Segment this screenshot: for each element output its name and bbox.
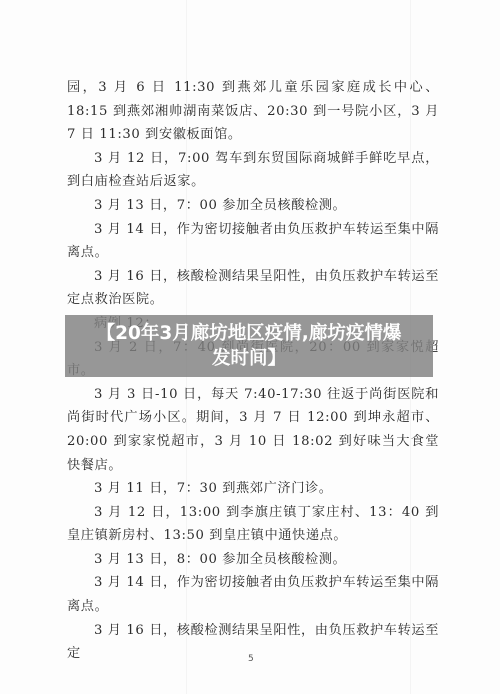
paragraph: 3 月 16 日，核酸检测结果呈阳性，由负压救护车转运至定点救治医院。 [67, 265, 439, 312]
paragraph: 3 月 14 日，作为密切接触者由负压救护车转运至集中隔离点。 [67, 571, 439, 618]
paragraph: 3 月 11 日，7：30 到燕郊广济门诊。 [67, 477, 439, 501]
title-overlay-banner: 【20年3月廊坊地区疫情,廊坊疫情爆发时间】 [65, 315, 433, 377]
page-number: 5 [248, 654, 254, 664]
overlay-title: 【20年3月廊坊地区疫情,廊坊疫情爆发时间】 [89, 321, 409, 371]
paragraph: 3 月 12 日，7:00 驾车到东贸国际商城鲜手鲜吃早点，到白庙检查站后返家。 [67, 147, 439, 194]
document-page: 园，3 月 6 日 11:30 到燕郊儿童乐园家庭成长中心、18:15 到燕郊湘… [0, 0, 500, 694]
paragraph: 3 月 13 日，8：00 参加全员核酸检测。 [67, 548, 439, 572]
paragraph: 3 月 12 日，13:00 到李旗庄镇丁家庄村、13：40 到皇庄镇新房村、1… [67, 501, 439, 548]
paragraph: 3 月 3 日-10 日，每天 7:40-17:30 往返于尚街医院和尚街时代广… [67, 383, 439, 477]
paragraph: 3 月 14 日，作为密切接触者由负压救护车转运至集中隔离点。 [67, 218, 439, 265]
paragraph: 3 月 13 日，7：00 参加全员核酸检测。 [67, 194, 439, 218]
paragraph: 园，3 月 6 日 11:30 到燕郊儿童乐园家庭成长中心、18:15 到燕郊湘… [67, 76, 439, 147]
